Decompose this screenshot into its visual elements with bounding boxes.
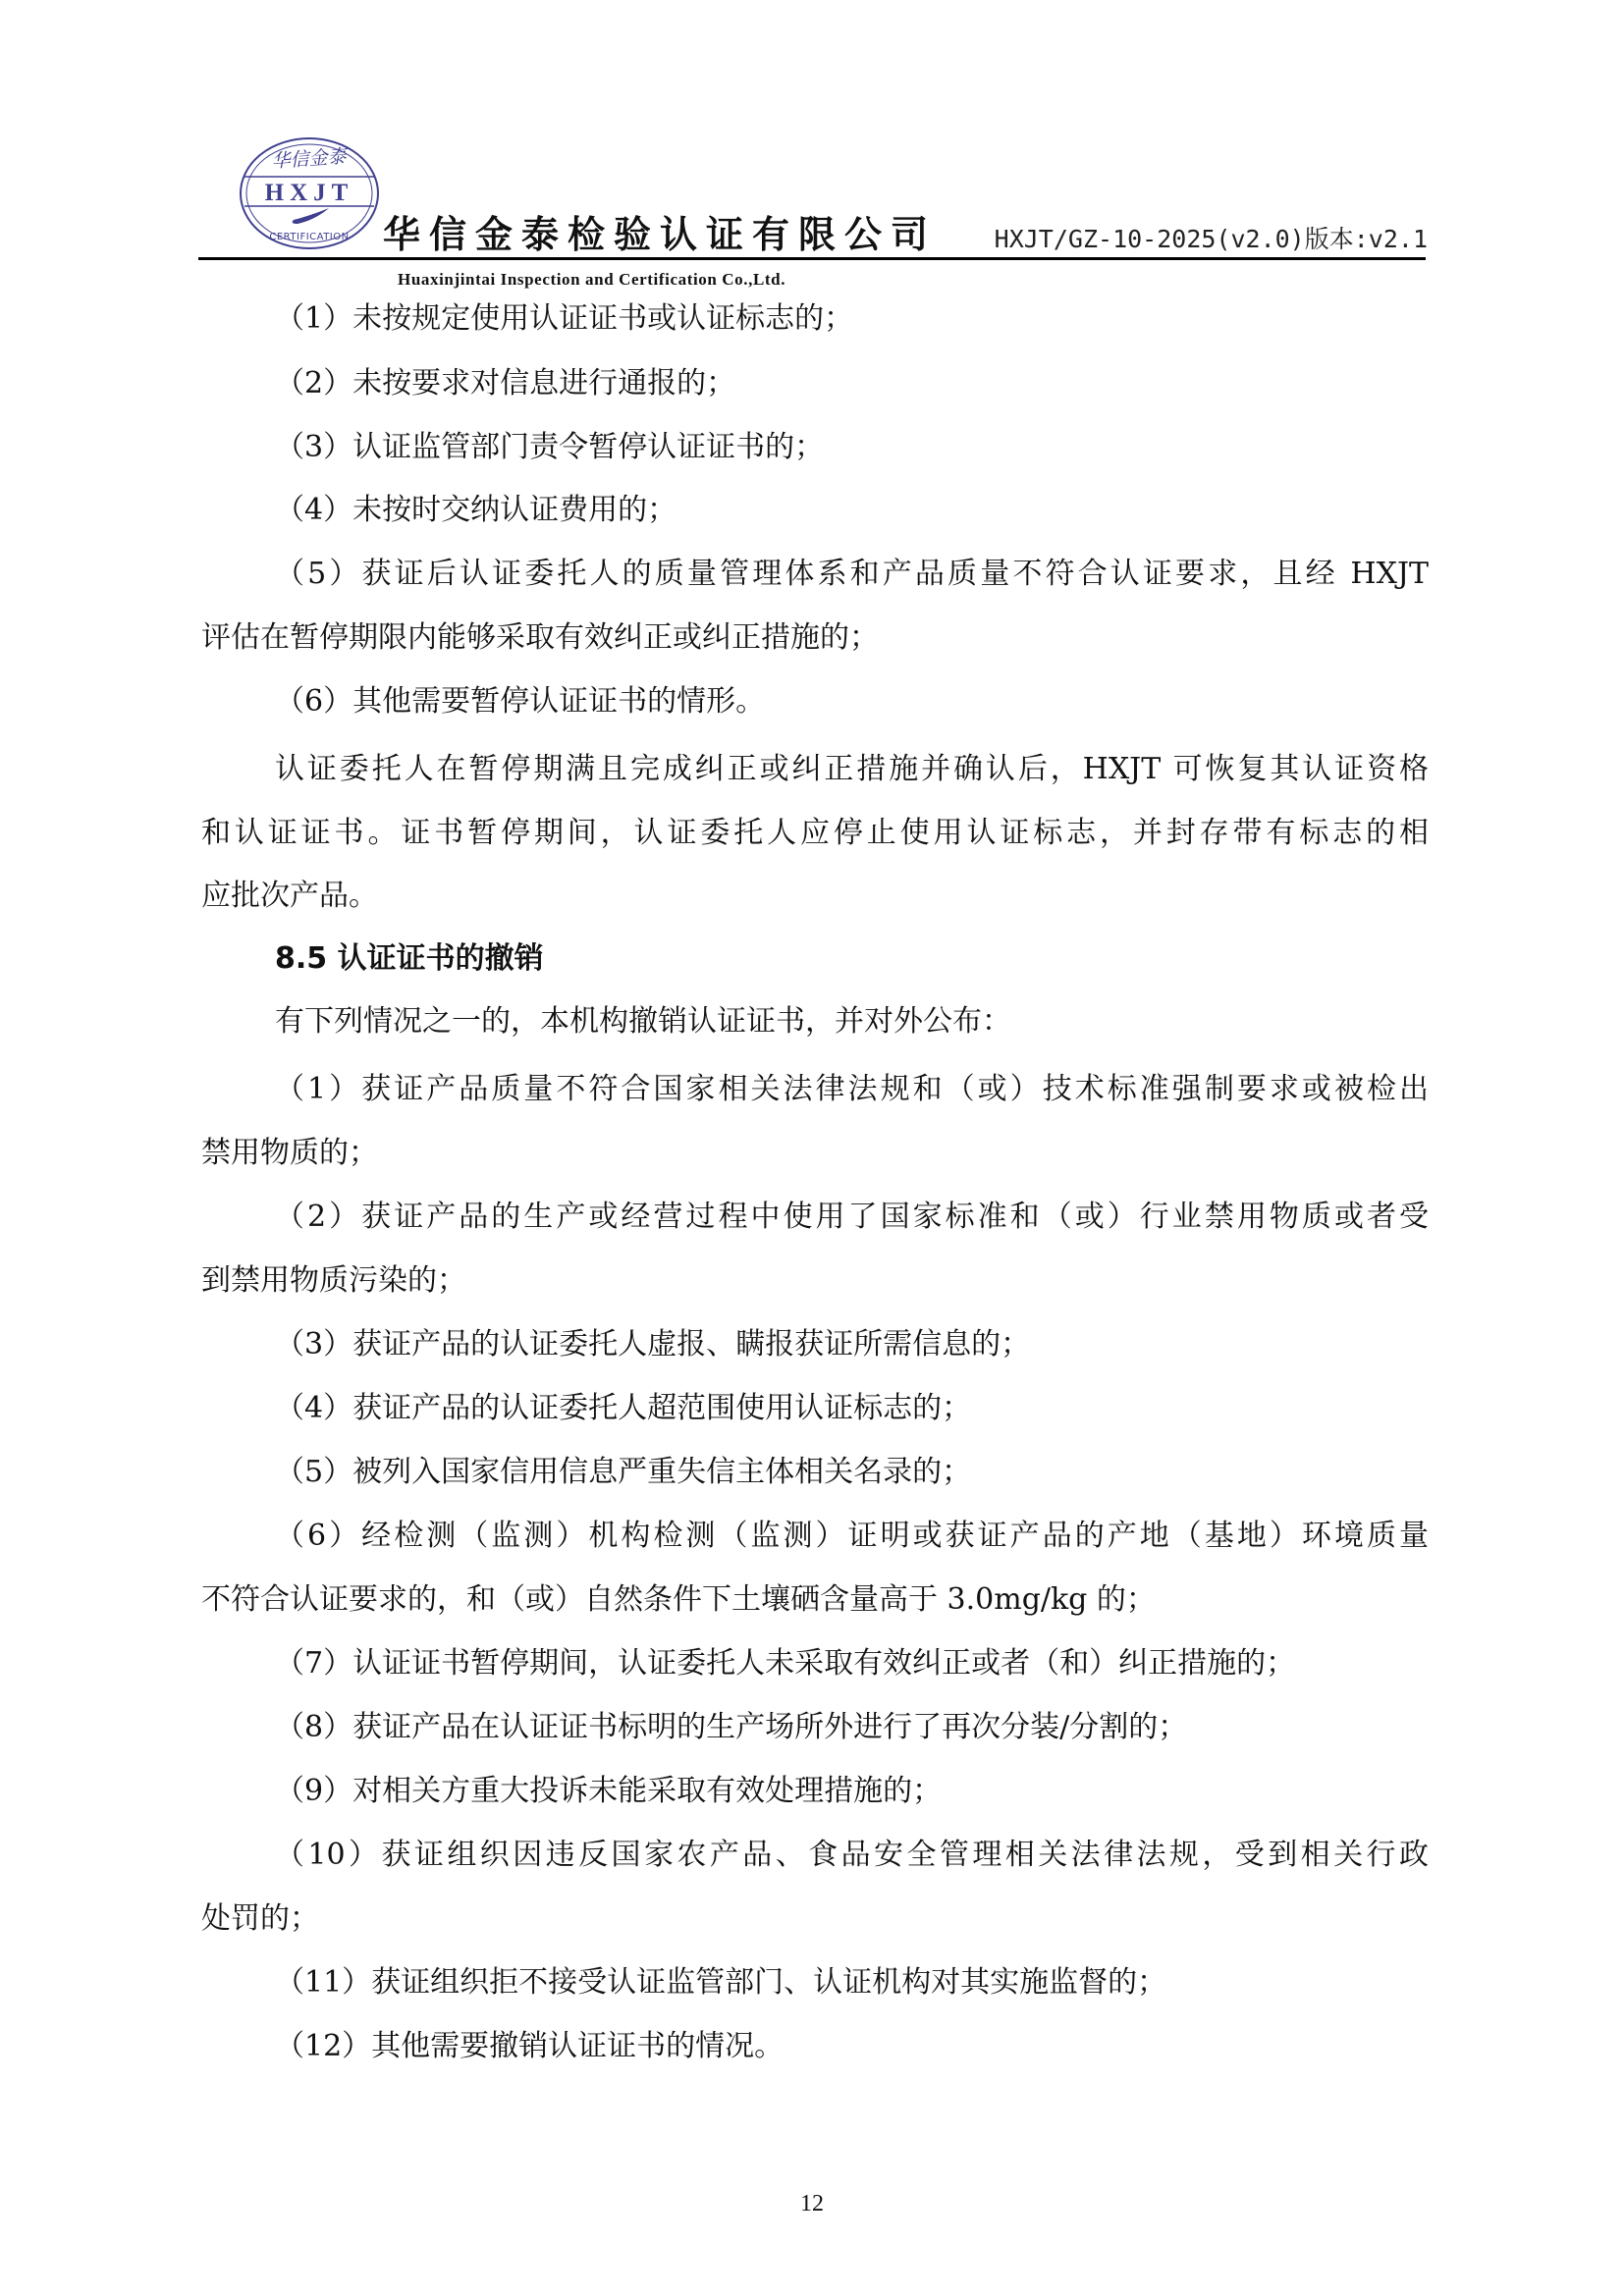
document-code: HXJT/GZ-10-2025(v2.0)版本:v2.1: [995, 220, 1428, 255]
suspension-item-3: （3）认证监管部门责令暂停认证证书的；: [275, 428, 1502, 467]
suspension-item-5-line-2: 评估在暂停期限内能够采取有效纠正或纠正措施的；: [201, 618, 1429, 658]
revocation-item-11: （11）获证组织拒不接受认证监管部门、认证机构对其实施监督的；: [275, 1963, 1502, 2002]
revocation-item-5: （5）被列入国家信用信息严重失信主体相关名录的；: [275, 1453, 1502, 1492]
revocation-item-3: （3）获证产品的认证委托人虚报、瞒报获证所需信息的；: [275, 1325, 1502, 1364]
revocation-item-4: （4）获证产品的认证委托人超范围使用认证标志的；: [275, 1389, 1502, 1428]
revocation-intro: 有下列情况之一的，本机构撤销认证证书，并对外公布：: [275, 1002, 1502, 1041]
revocation-item-7: （7）认证证书暂停期间，认证委托人未采取有效纠正或者（和）纠正措施的；: [275, 1644, 1502, 1683]
svg-text:华信金泰: 华信金泰: [271, 145, 349, 172]
revocation-item-10-line-2: 处罚的；: [201, 1899, 1429, 1939]
revocation-item-6-line-2: 不符合认证要求的，和（或）自然条件下土壤硒含量高于 3.0mg/kg 的；: [201, 1580, 1429, 1620]
reinstatement-paragraph-line-1: 认证委托人在暂停期满且完成纠正或纠正措施并确认后，HXJT 可恢复其认证资格: [275, 750, 1429, 789]
revocation-item-6-line-1: （6）经检测（监测）机构检测（监测）证明或获证产品的产地（基地）环境质量: [275, 1517, 1429, 1556]
reinstatement-paragraph-line-2: 和认证证书。证书暂停期间，认证委托人应停止使用认证标志，并封存带有标志的相: [201, 814, 1429, 853]
revocation-item-1-line-2: 禁用物质的；: [201, 1134, 1429, 1173]
section-heading-8-5: 8.5 认证证书的撤销: [275, 939, 1502, 979]
revocation-item-2-line-1: （2）获证产品的生产或经营过程中使用了国家标准和（或）行业禁用物质或者受: [275, 1198, 1429, 1237]
svg-text:CERTIFICATION: CERTIFICATION: [269, 232, 349, 242]
suspension-item-2: （2）未按要求对信息进行通报的；: [275, 364, 1502, 403]
suspension-item-5-line-1: （5）获证后认证委托人的质量管理体系和产品质量不符合认证要求，且经 HXJT: [275, 555, 1429, 594]
reinstatement-paragraph-line-3: 应批次产品。: [201, 877, 1429, 916]
svg-text:HXJT: HXJT: [265, 180, 354, 206]
hxjt-certification-logo-icon: 华信金泰 HXJT CERTIFICATION: [239, 135, 380, 251]
company-name-cn: 华信金泰检验认证有限公司: [383, 204, 937, 258]
suspension-item-4: （4）未按时交纳认证费用的；: [275, 491, 1502, 530]
page-header: 华信金泰 HXJT CERTIFICATION 华信金泰检验认证有限公司 HXJ…: [0, 0, 1624, 294]
suspension-item-1: （1）未按规定使用认证证书或认证标志的；: [275, 299, 1502, 339]
revocation-item-2-line-2: 到禁用物质污染的；: [201, 1261, 1429, 1301]
company-name-en: Huaxinjintai Inspection and Certificatio…: [398, 270, 785, 290]
revocation-item-12: （12）其他需要撤销认证证书的情况。: [275, 2027, 1502, 2066]
revocation-item-1-line-1: （1）获证产品质量不符合国家相关法律法规和（或）技术标准强制要求或被检出: [275, 1070, 1429, 1109]
revocation-item-9: （9）对相关方重大投诉未能采取有效处理措施的；: [275, 1772, 1502, 1811]
suspension-item-6: （6）其他需要暂停认证证书的情形。: [275, 682, 1502, 721]
revocation-item-8: （8）获证产品在认证证书标明的生产场所外进行了再次分装/分割的；: [275, 1708, 1502, 1747]
revocation-item-10-line-1: （10）获证组织因违反国家农产品、食品安全管理相关法律法规，受到相关行政: [275, 1836, 1429, 1875]
page-number: 12: [0, 2191, 1624, 2217]
header-divider: [198, 257, 1426, 260]
